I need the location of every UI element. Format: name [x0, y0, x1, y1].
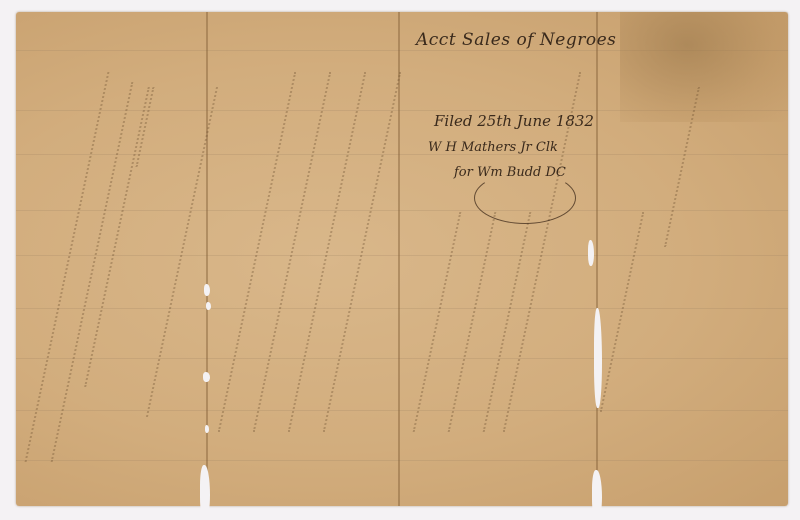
fold-tear	[204, 284, 210, 296]
fold-tear	[588, 240, 594, 266]
ruled-line	[16, 255, 788, 256]
ruled-line	[16, 358, 788, 359]
fold-line	[596, 12, 598, 506]
fold-tear	[203, 372, 210, 382]
signature-flourish	[474, 172, 576, 224]
ruled-line	[16, 410, 788, 411]
docket-title: Acct Sales of Negroes	[416, 30, 616, 50]
document-sheet: Acct Sales of Negroes Filed 25th June 18…	[16, 12, 788, 506]
ruled-line	[16, 308, 788, 309]
docket-filed-date: Filed 25th June 1832	[434, 112, 594, 130]
bleed-through-column	[600, 212, 653, 412]
bleed-through-column	[146, 87, 226, 417]
docket-clerk: W H Mathers Jr Clk	[428, 140, 558, 155]
fold-tear	[206, 302, 211, 310]
fold-tear	[592, 470, 602, 520]
fold-tear	[205, 425, 209, 433]
ruled-line	[16, 460, 788, 461]
ruled-line	[16, 154, 788, 155]
